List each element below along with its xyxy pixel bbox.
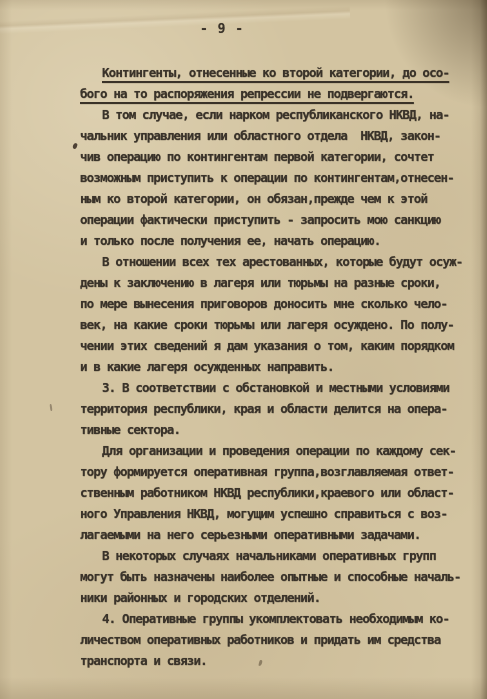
- text-block: Контингенты, отнесенные ко второй катего…: [80, 62, 480, 671]
- text-line: ного Управления НКВД, могущим успешно сп…: [80, 503, 480, 524]
- text-line-content: бого на то распоряжения репрессии не под…: [80, 86, 414, 101]
- text-line: бого на то распоряжения репрессии не под…: [80, 83, 480, 104]
- text-line: 3. В соответствии с обстановкой и местны…: [102, 377, 480, 398]
- text-line-content: транспорта и связи.: [80, 653, 207, 668]
- text-line-content: территория республики, края и области де…: [80, 401, 447, 416]
- text-line-content: Контингенты, отнесенные ко второй катего…: [102, 65, 449, 80]
- text-line: транспорта и связи.: [80, 650, 480, 671]
- text-line: век, на какие сроки тюрьмы или лагеря ос…: [80, 314, 480, 335]
- text-line: ники районных и городских отделений.: [80, 587, 480, 608]
- text-line: и в какие лагеря осужденных направить.: [80, 356, 480, 377]
- text-line: Контингенты, отнесенные ко второй катего…: [102, 62, 480, 83]
- text-line-content: В отношении всех тех арестованных, котор…: [102, 254, 463, 269]
- text-line: личеством оперативных работников и прида…: [80, 629, 480, 650]
- text-line-content: операции фактически приступить - запроси…: [80, 212, 441, 227]
- text-line: тивные сектора.: [80, 419, 480, 440]
- text-line-content: В том случае, если нарком республиканско…: [102, 107, 449, 122]
- text-line-content: дены к заключению в лагеря или тюрьмы на…: [80, 275, 441, 290]
- text-line: чении этих сведений я дам указания о том…: [80, 335, 480, 356]
- text-line: 4. Оперативные группы укомплектовать нео…: [102, 608, 480, 629]
- text-line-content: ники районных и городских отделений.: [80, 590, 320, 605]
- text-line-content: век, на какие сроки тюрьмы или лагеря ос…: [80, 317, 454, 332]
- text-line: Для организации и проведения операции по…: [102, 440, 480, 461]
- text-line: территория республики, края и области де…: [80, 398, 480, 419]
- text-line-content: возможным приступить к операции по конти…: [80, 170, 454, 185]
- text-line: чальник управления или областного отдела…: [80, 125, 480, 146]
- text-line-content: могут быть назначены наиболее опытные и …: [80, 569, 461, 584]
- text-line: ным ко второй категории, он обязан,прежд…: [80, 188, 480, 209]
- text-line: В том случае, если нарком республиканско…: [102, 104, 480, 125]
- text-line-content: и в какие лагеря осужденных направить.: [80, 359, 334, 374]
- text-line: операции фактически приступить - запроси…: [80, 209, 480, 230]
- text-line: по мере вынесения приговоров доносить мн…: [80, 293, 480, 314]
- scanned-document-page: { "document": { "page_number": "- 9 -", …: [0, 0, 487, 699]
- text-line: лагаемыми на него серьезными оперативным…: [80, 524, 480, 545]
- text-line-content: лагаемыми на него серьезными оперативным…: [80, 527, 420, 542]
- text-line-content: ственным работником НКВД республики,крае…: [80, 485, 454, 500]
- text-line-content: 3. В соответствии с обстановкой и местны…: [102, 380, 449, 395]
- text-line: ственным работником НКВД республики,крае…: [80, 482, 480, 503]
- text-line-content: ного Управления НКВД, могущим успешно сп…: [80, 506, 447, 521]
- text-line: и только после получения ее, начать опер…: [80, 230, 480, 251]
- page-number: - 9 -: [200, 22, 244, 37]
- text-line-content: Для организации и проведения операции по…: [102, 443, 456, 458]
- text-line-content: тивные сектора.: [80, 422, 180, 437]
- text-line-content: личеством оперативных работников и прида…: [80, 632, 441, 647]
- text-line: В некоторых случаях начальниками операти…: [102, 545, 480, 566]
- text-line-content: чив операцию по контингентам первой кате…: [80, 149, 434, 164]
- text-line-content: по мере вынесения приговоров доносить мн…: [80, 296, 447, 311]
- text-line-content: В некоторых случаях начальниками операти…: [102, 548, 436, 563]
- text-line: тору формируется оперативная группа,возг…: [80, 461, 480, 482]
- text-line: чив операцию по контингентам первой кате…: [80, 146, 480, 167]
- text-line-content: ным ко второй категории, он обязан,прежд…: [80, 191, 427, 206]
- text-line-content: чении этих сведений я дам указания о том…: [80, 338, 454, 353]
- text-line-content: 4. Оперативные группы укомплектовать нео…: [102, 611, 449, 626]
- text-line-content: и только после получения ее, начать опер…: [80, 233, 380, 248]
- text-line: могут быть назначены наиболее опытные и …: [80, 566, 480, 587]
- text-line-content: тору формируется оперативная группа,возг…: [80, 464, 454, 479]
- text-line-content: чальник управления или областного отдела…: [80, 128, 441, 143]
- text-line: В отношении всех тех арестованных, котор…: [102, 251, 480, 272]
- text-line: возможным приступить к операции по конти…: [80, 167, 480, 188]
- text-line: дены к заключению в лагеря или тюрьмы на…: [80, 272, 480, 293]
